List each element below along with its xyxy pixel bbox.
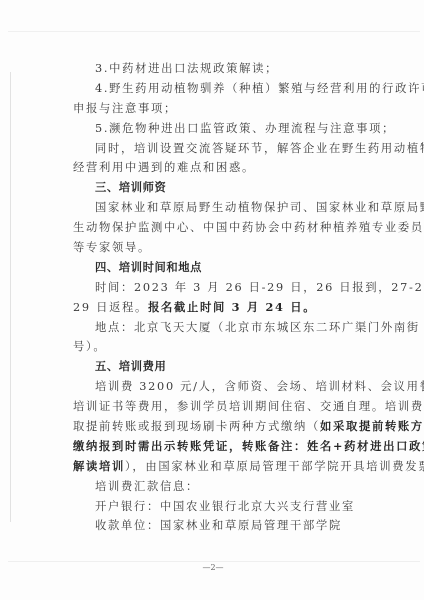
paragraph-line: 等专家领导。 xyxy=(73,238,369,258)
fee-line: 培训费 3200 元/人，含师资、会场、培训材料、会议用餐、 xyxy=(73,377,369,397)
paragraph-line: 生动物保护监测中心、中国中药协会中药材种植养殖专业委员会 xyxy=(73,218,369,238)
transfer-note-end: 解读培训 xyxy=(73,459,125,473)
list-item-continuation: 申报与注意事项； xyxy=(73,99,369,119)
time-line: 时间：2023 年 3 月 26 日-29 日，26 日报到，27-28 日培训… xyxy=(73,278,369,298)
list-item: 5.濒危物种进出口监管政策、办理流程与注意事项； xyxy=(73,119,369,139)
list-item: 3.中药材进出口法规政策解读； xyxy=(73,59,369,79)
section-heading-instructors: 三、培训师资 xyxy=(73,178,369,198)
section-heading-time-place: 四、培训时间和地点 xyxy=(73,258,369,278)
remittance-title: 培训费汇款信息： xyxy=(73,477,369,497)
paragraph-line: 国家林业和草原局野生动植物保护司、国家林业和草原局野 xyxy=(73,198,369,218)
time-line-2: 29 日返程。报名截止时间 3 月 24 日。 xyxy=(73,298,369,318)
place-line: 地点：北京飞天大厦（北京市东城区东二环广渠门外南街 5 xyxy=(73,318,369,338)
fee-line: 取提前转账或报到现场刷卡两种方式缴纳（如采取提前转账方式 xyxy=(73,417,369,437)
place-line-2: 号）。 xyxy=(73,337,369,357)
paragraph-line: 同时，培训设置交流答疑环节，解答企业在野生药用动植物 xyxy=(73,139,369,159)
transfer-note-line: 缴纳报到时需出示转账凭证，转账备注：姓名+药材进出口政策 xyxy=(73,437,369,457)
return-day: 29 日返程。 xyxy=(73,301,148,314)
payment-methods: 取提前转账或报到现场刷卡两种方式缴纳（ xyxy=(73,420,320,433)
document-page: 3.中药材进出口法规政策解读； 4.野生药用动植物驯养（种植）繁殖与经营利用的行… xyxy=(73,59,369,536)
registration-deadline: 报名截止时间 3 月 24 日。 xyxy=(148,300,316,314)
bank-name: 开户银行：中国农业银行北京大兴支行营业室 xyxy=(73,497,369,517)
scan-edge-bottom xyxy=(8,561,420,562)
fee-line: 培训证书等费用，参训学员培训期间住宿、交通自理。培训费采 xyxy=(73,397,369,417)
list-item: 4.野生药用动植物驯养（种植）繁殖与经营利用的行政许可 xyxy=(73,79,369,99)
scan-edge-left xyxy=(10,72,11,522)
paragraph-line: 经营利用中遇到的难点和困惑。 xyxy=(73,158,369,178)
page-number: —2— xyxy=(198,563,228,572)
scan-edge-top xyxy=(8,31,420,32)
payee-name: 收款单位：国家林业和草原局管理干部学院 xyxy=(73,516,369,536)
transfer-note: 如采取提前转账方式 xyxy=(320,419,424,433)
section-heading-fees: 五、培训费用 xyxy=(73,357,369,377)
fee-line: 解读培训），由国家林业和草原局管理干部学院开具培训费发票。 xyxy=(73,457,369,477)
invoice-note: ），由国家林业和草原局管理干部学院开具培训费发票。 xyxy=(125,460,424,473)
